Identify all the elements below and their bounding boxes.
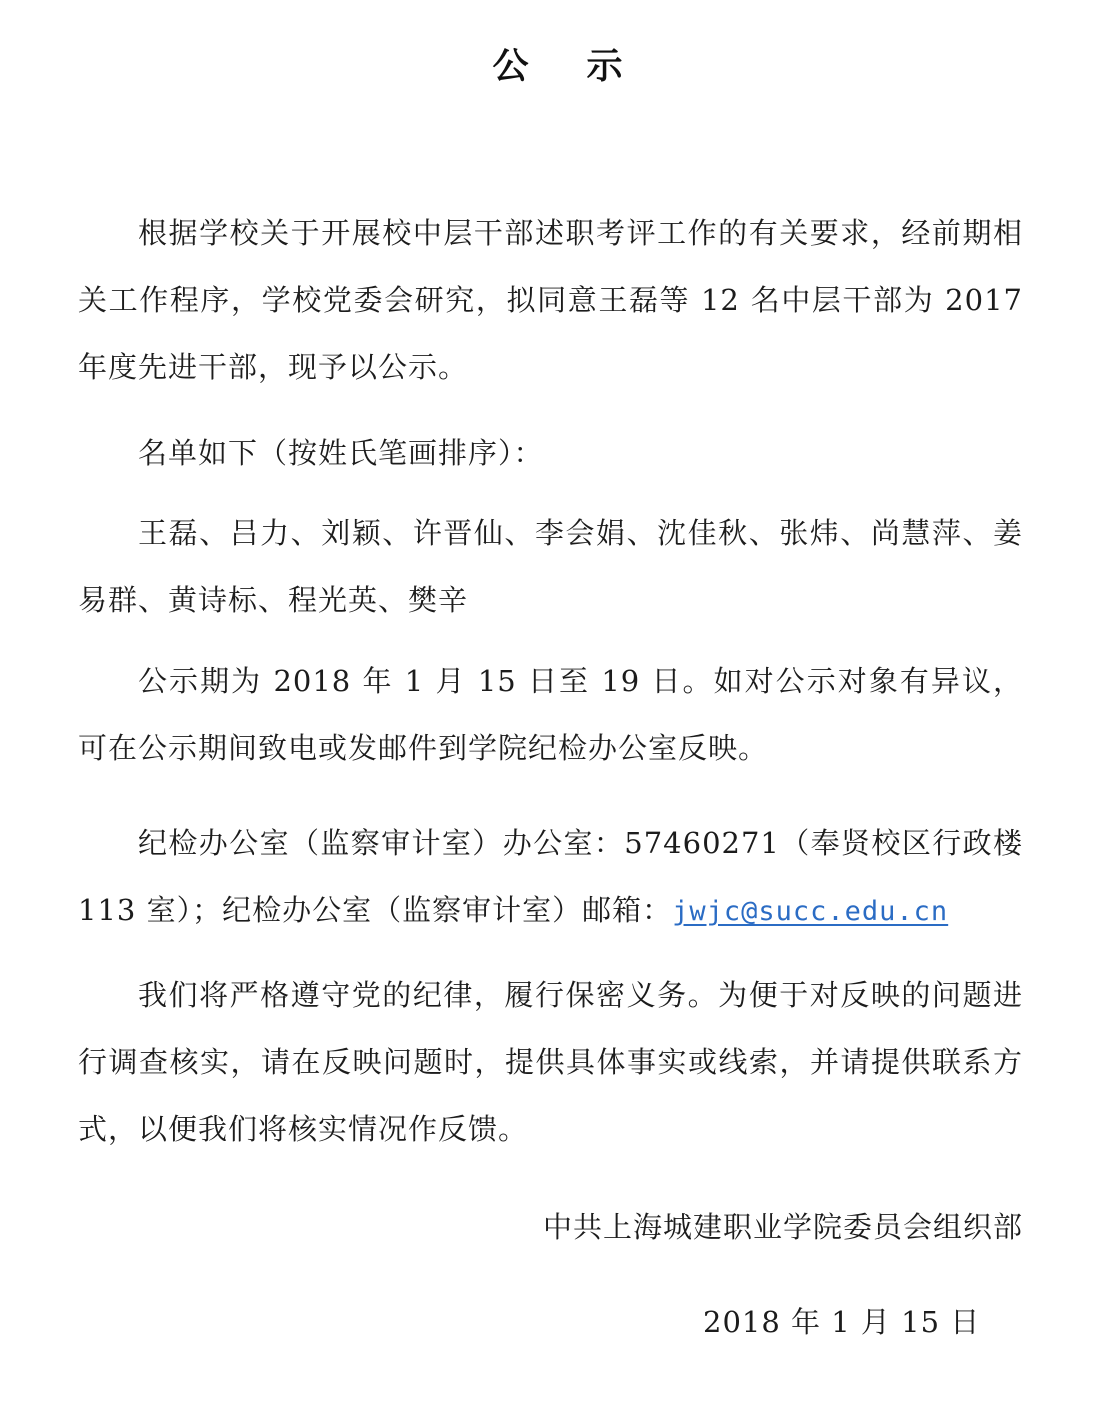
names-list: 王磊、吕力、刘颖、许晋仙、李会娟、沈佳秋、张炜、尚慧萍、姜易群、黄诗标、程光英、… [78,500,1023,634]
document-page: 公示 根据学校关于开展校中层干部述职考评工作的有关要求，经前期相关工作程序，学校… [0,0,1115,1403]
list-heading: 名单如下（按姓氏笔画排序）： [78,420,1023,487]
signature-date: 2018 年 1 月 15 日 [703,1300,980,1341]
intro-paragraph: 根据学校关于开展校中层干部述职考评工作的有关要求，经前期相关工作程序，学校党委会… [78,200,1023,401]
signature-organization: 中共上海城建职业学院委员会组织部 [543,1205,1023,1246]
document-title: 公示 [0,38,1115,89]
confidentiality-paragraph: 我们将严格遵守党的纪律，履行保密义务。为便于对反映的问题进行调查核实，请在反映问… [78,962,1023,1163]
contact-paragraph: 纪检办公室（监察审计室）办公室：57460271（奉贤校区行政楼 113 室）；… [78,810,1023,945]
email-link[interactable]: jwjc@succ.edu.cn [672,896,948,927]
period-paragraph: 公示期为 2018 年 1 月 15 日至 19 日。如对公示对象有异议，可在公… [78,648,1023,782]
